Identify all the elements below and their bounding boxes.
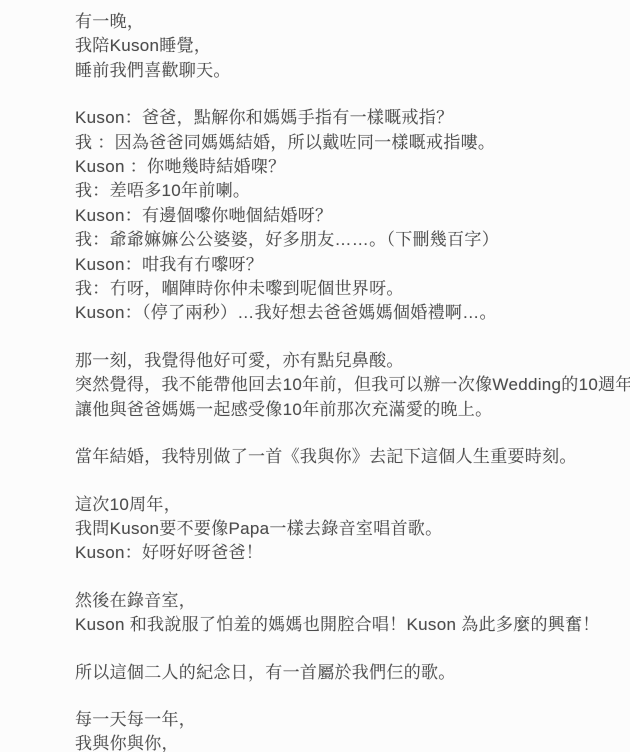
text-line: 我：差唔多10年前喇。	[75, 179, 630, 203]
text-line: 每一天每一年，	[75, 708, 630, 732]
text-line: 有一晚，	[75, 10, 630, 34]
text-line: Kuson：有邊個嚟你哋個結婚呀？	[75, 204, 630, 228]
paragraph-reflection: 那一刻，我覺得他好可愛，亦有點兒鼻酸。 突然覺得，我不能帶他回去10年前，但我可…	[75, 349, 630, 422]
paragraph-our-song: 所以這個二人的紀念日，有一首屬於我們仨的歌。	[75, 661, 630, 685]
text-line: 突然覺得，我不能帶他回去10年前，但我可以辦一次像Wedding的10週年聚餐，	[75, 373, 630, 397]
text-line: 讓他與爸爸媽媽一起感受像10年前那次充滿愛的晚上。	[75, 398, 630, 422]
text-line: Kuson：好呀好呀爸爸！	[75, 541, 630, 565]
text-line: Kuson：咁我有冇嚟呀？	[75, 253, 630, 277]
text-line: 當年結婚，我特別做了一首《我與你》去記下這個人生重要時刻。	[75, 445, 630, 469]
text-line: Kuson ：你哋幾時結婚㗎？	[75, 155, 630, 179]
text-line: Kuson：爸爸，點解你和媽媽手指有一樣嘅戒指？	[75, 106, 630, 130]
text-line: 那一刻，我覺得他好可愛，亦有點兒鼻酸。	[75, 349, 630, 373]
paragraph-dialogue: Kuson：爸爸，點解你和媽媽手指有一樣嘅戒指？ 我 ：因為爸爸同媽媽結婚，所以…	[75, 106, 630, 326]
text-line: 這次10周年，	[75, 493, 630, 517]
paragraph-anniversary: 這次10周年， 我問Kuson要不要像Papa一樣去錄音室唱首歌。 Kuson：…	[75, 493, 630, 566]
text-line: 我 ：因為爸爸同媽媽結婚，所以戴咗同一樣嘅戒指嘍。	[75, 131, 630, 155]
paragraph-studio: 然後在錄音室， Kuson 和我說服了怕羞的媽媽也開腔合唱！Kuson 為此多麼…	[75, 589, 630, 638]
text-line: 我：爺爺嫲嫲公公婆婆，好多朋友……。（下刪幾百字）	[75, 228, 630, 252]
paragraph-intro: 有一晚， 我陪Kuson睡覺， 睡前我們喜歡聊天。	[75, 10, 630, 83]
text-line: Kuson：（停了兩秒）…我好想去爸爸媽媽個婚禮啊…。	[75, 301, 630, 325]
text-line: 所以這個二人的紀念日，有一首屬於我們仨的歌。	[75, 661, 630, 685]
story-document: 有一晚， 我陪Kuson睡覺， 睡前我們喜歡聊天。 Kuson：爸爸，點解你和媽…	[0, 0, 630, 752]
text-line: 然後在錄音室，	[75, 589, 630, 613]
paragraph-wedding-song: 當年結婚，我特別做了一首《我與你》去記下這個人生重要時刻。	[75, 445, 630, 469]
text-line: 睡前我們喜歡聊天。	[75, 59, 630, 83]
text-line: 我與你與你，	[75, 732, 630, 752]
text-line: 我：冇呀，嗰陣時你仲未嚟到呢個世界呀。	[75, 277, 630, 301]
text-line: Kuson 和我說服了怕羞的媽媽也開腔合唱！Kuson 為此多麼的興奮！	[75, 613, 630, 637]
text-line: 我問Kuson要不要像Papa一樣去錄音室唱首歌。	[75, 517, 630, 541]
text-line: 我陪Kuson睡覺，	[75, 34, 630, 58]
paragraph-lyrics: 每一天每一年， 我與你與你，	[75, 708, 630, 752]
